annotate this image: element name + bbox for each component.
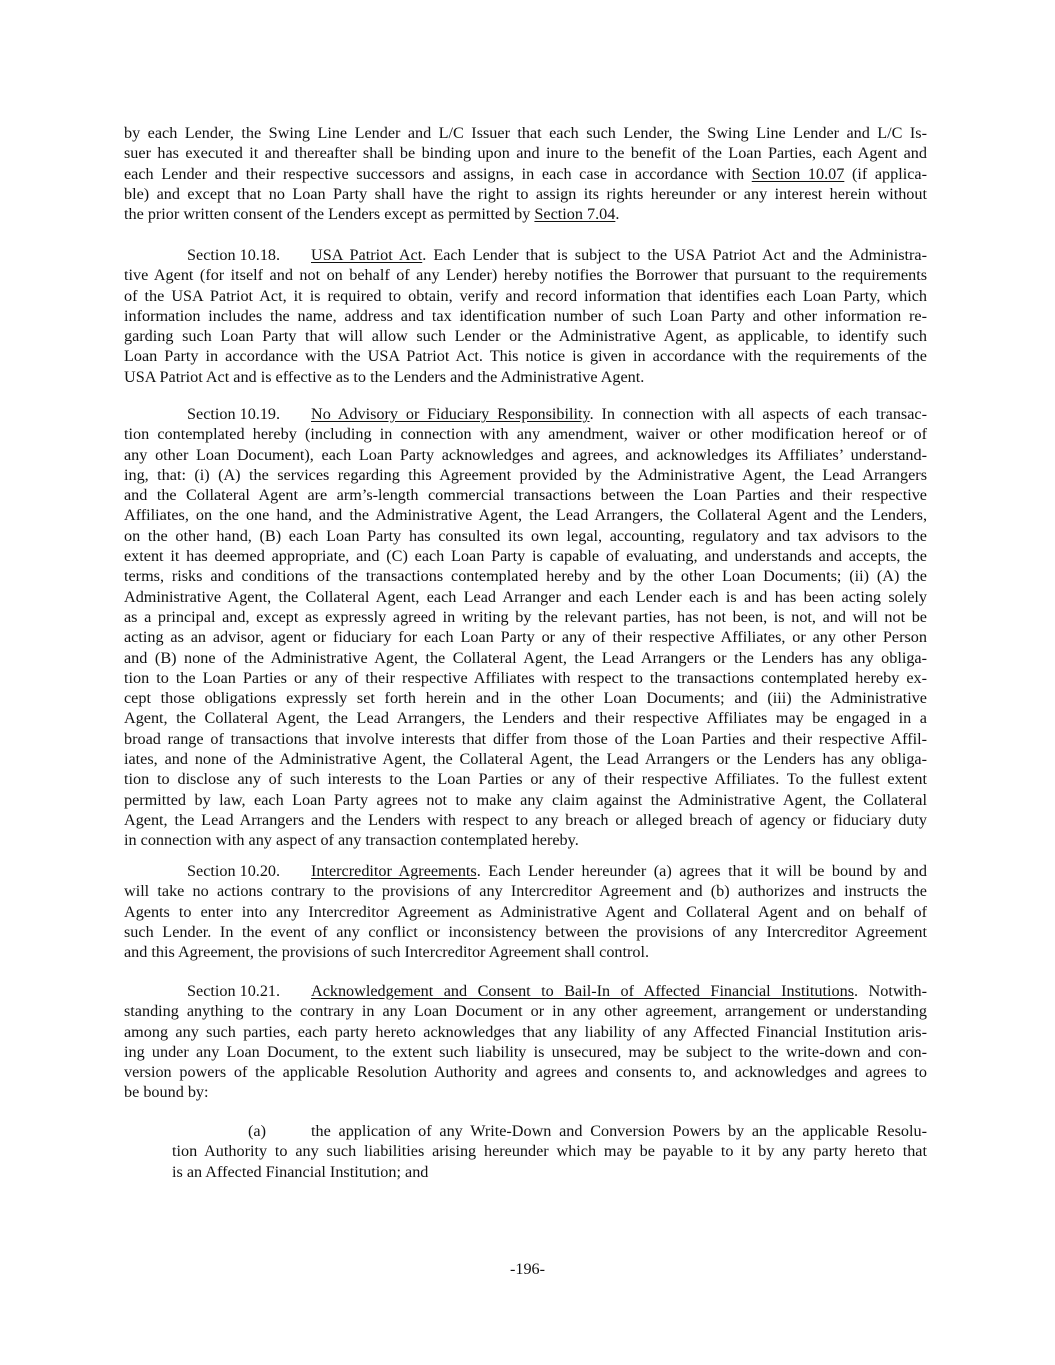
text-line: Agent, the Collateral Agent, the Lead Ar… — [124, 708, 927, 728]
section-10-20: Section 10.20.Intercreditor Agreements. … — [124, 861, 927, 962]
page-number: -196- — [0, 1260, 1055, 1279]
subclause-label: (a) — [248, 1121, 311, 1141]
text-line: cept those obligations expressly set for… — [124, 688, 927, 708]
section-title: Acknowledgement and Consent to Bail-In o… — [311, 982, 854, 1000]
text-line: extent it has deemed appropriate, and (C… — [124, 546, 927, 566]
text-line: Agents to enter into any Intercreditor A… — [124, 902, 927, 922]
text-line: ing under any Loan Document, to the exte… — [124, 1042, 927, 1062]
section-heading-line: Section 10.21.Acknowledgement and Consen… — [124, 981, 927, 1001]
section-10-18: Section 10.18.USA Patriot Act. Each Lend… — [124, 245, 927, 387]
section-title: Intercreditor Agreements — [311, 862, 477, 880]
text-line: Administrative Agent, the Collateral Age… — [124, 587, 927, 607]
text-line: and this Agreement, the provisions of su… — [124, 942, 927, 962]
section-number: Section 10.21. — [187, 981, 311, 1001]
text-line: broad range of transactions that involve… — [124, 729, 927, 749]
text-line: ble) and except that no Loan Party shall… — [124, 184, 927, 204]
section-heading-line: Section 10.19.No Advisory or Fiduciary R… — [124, 404, 927, 424]
section-10-21: Section 10.21.Acknowledgement and Consen… — [124, 981, 927, 1103]
text-span: (if applica- — [844, 165, 927, 183]
text-line: will take no actions contrary to the pro… — [124, 881, 927, 901]
text-line: as a principal and, except as expressly … — [124, 607, 927, 627]
section-7-04-reference[interactable]: Section 7.04 — [534, 205, 615, 223]
text-line: Agent, the Lead Arrangers and the Lender… — [124, 810, 927, 830]
text-span: the application of any Write-Down and Co… — [311, 1122, 927, 1140]
text-line: tion contemplated hereby (including in c… — [124, 424, 927, 444]
section-number: Section 10.19. — [187, 404, 311, 424]
text-span: . Each Lender hereunder (a) agrees that … — [477, 862, 927, 880]
text-line: among any such parties, each party heret… — [124, 1022, 927, 1042]
text-line: permitted by law, each Loan Party agrees… — [124, 790, 927, 810]
document-page: by each Lender, the Swing Line Lender an… — [0, 0, 1055, 1365]
text-line: tive Agent (for itself and not on behalf… — [124, 265, 927, 285]
text-line: such Lender. In the event of any conflic… — [124, 922, 927, 942]
section-10-07-reference[interactable]: Section 10.07 — [752, 165, 845, 183]
text-line: USA Patriot Act and is effective as to t… — [124, 367, 927, 387]
text-line: of the USA Patriot Act, it is required t… — [124, 286, 927, 306]
text-span: . In connection with all aspects of each… — [590, 405, 927, 423]
text-line: the prior written consent of the Lenders… — [124, 204, 927, 224]
text-line: and the Collateral Agent are arm’s-lengt… — [124, 485, 927, 505]
text-line: on the other hand, (B) each Loan Party h… — [124, 526, 927, 546]
section-heading-line: Section 10.20.Intercreditor Agreements. … — [124, 861, 927, 881]
text-line: garding such Loan Party that will allow … — [124, 326, 927, 346]
section-title: USA Patriot Act — [311, 246, 422, 264]
text-line: by each Lender, the Swing Line Lender an… — [124, 123, 927, 143]
text-line: in connection with any aspect of any tra… — [124, 830, 927, 850]
subclause-first-line: (a)the application of any Write-Down and… — [172, 1121, 927, 1141]
text-line: terms, risks and conditions of the trans… — [124, 566, 927, 586]
text-line: ing, that: (i) (A) the services regardin… — [124, 465, 927, 485]
text-span: . — [615, 205, 619, 223]
text-line: each Lender and their respective success… — [124, 164, 927, 184]
text-line: version powers of the applicable Resolut… — [124, 1062, 927, 1082]
text-line: is an Affected Financial Institution; an… — [172, 1162, 927, 1182]
section-heading-line: Section 10.18.USA Patriot Act. Each Lend… — [124, 245, 927, 265]
text-line: information includes the name, address a… — [124, 306, 927, 326]
text-span: the prior written consent of the Lenders… — [124, 205, 534, 223]
text-line: Loan Party in accordance with the USA Pa… — [124, 346, 927, 366]
text-line: Affiliates, on the one hand, and the Adm… — [124, 505, 927, 525]
text-line: suer has executed it and thereafter shal… — [124, 143, 927, 163]
text-line: tion to disclose any of such interests t… — [124, 769, 927, 789]
subclause-a: (a)the application of any Write-Down and… — [172, 1121, 927, 1182]
text-line: tion to the Loan Parties or any of their… — [124, 668, 927, 688]
section-10-19: Section 10.19.No Advisory or Fiduciary R… — [124, 404, 927, 851]
section-number: Section 10.20. — [187, 861, 311, 881]
text-span: each Lender and their respective success… — [124, 165, 752, 183]
text-line: any other Loan Document), each Loan Part… — [124, 445, 927, 465]
section-title: No Advisory or Fiduciary Responsibility — [311, 405, 590, 423]
section-number: Section 10.18. — [187, 245, 311, 265]
text-line: and (B) none of the Administrative Agent… — [124, 648, 927, 668]
text-line: standing anything to the contrary in any… — [124, 1001, 927, 1021]
text-line: acting as an advisor, agent or fiduciary… — [124, 627, 927, 647]
intro-paragraph: by each Lender, the Swing Line Lender an… — [124, 123, 927, 224]
text-line: tion Authority to any such liabilities a… — [172, 1141, 927, 1161]
text-line: be bound by: — [124, 1082, 927, 1102]
text-span: . Notwith- — [854, 982, 927, 1000]
text-line: iates, and none of the Administrative Ag… — [124, 749, 927, 769]
text-span: . Each Lender that is subject to the USA… — [422, 246, 927, 264]
